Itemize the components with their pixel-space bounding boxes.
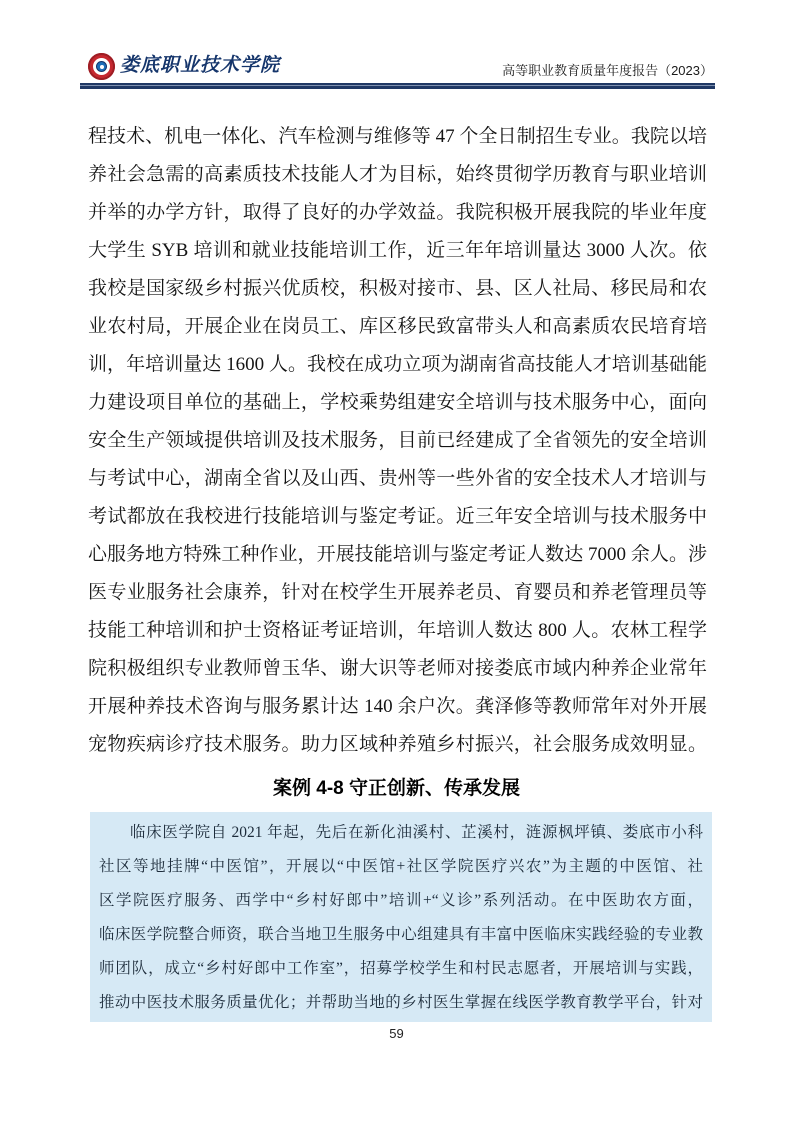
page-number: 59 xyxy=(0,1026,793,1041)
body-line: 院积极组织专业教师曾玉华、谢大识等老师对接娄底市域内种养企业常年 xyxy=(88,650,707,688)
header-left: 娄底职业技术学院 xyxy=(88,53,280,80)
case-heading: 案例 4-8 守正创新、传承发展 xyxy=(0,776,793,802)
school-name: 娄底职业技术学院 xyxy=(120,56,280,77)
body-line: 养社会急需的高素质技术技能人才为目标，始终贯彻学历教育与职业培训 xyxy=(88,156,707,194)
case-box: 临床医学院自 2021 年起，先后在新化油溪村、芷溪村，涟源枫坪镇、娄底市小科 … xyxy=(90,812,712,1022)
header-divider xyxy=(80,83,715,89)
body-line: 医专业服务社会康养，针对在校学生开展养老员、育婴员和养老管理员等 xyxy=(88,574,707,612)
body-line: 宠物疾病诊疗技术服务。助力区域种养殖乡村振兴，社会服务成效明显。 xyxy=(88,726,707,764)
body-line: 考试都放在我校进行技能培训与鉴定考证。近三年安全培训与技术服务中 xyxy=(88,498,707,536)
body-line: 大学生 SYB 培训和就业技能培训工作，近三年年培训量达 3000 人次。依托 xyxy=(88,232,707,270)
body-line: 业农村局，开展企业在岗员工、库区移民致富带头人和高素质农民培育培 xyxy=(88,308,707,346)
body-line: 并举的办学方针，取得了良好的办学效益。我院积极开展我院的毕业年度 xyxy=(88,194,707,232)
body-line: 安全生产领域提供培训及技术服务，目前已经建成了全省领先的安全培训 xyxy=(88,422,707,460)
report-title: 高等职业教育质量年度报告（2023） xyxy=(502,64,713,80)
document-page: 娄底职业技术学院 高等职业教育质量年度报告（2023） 程技术、机电一体化、汽车… xyxy=(0,0,793,1122)
body-line: 开展种养技术咨询与服务累计达 140 余户次。龚泽修等教师常年对外开展 xyxy=(88,688,707,726)
body-line: 与考试中心，湖南全省以及山西、贵州等一些外省的安全技术人才培训与 xyxy=(88,460,707,498)
body-line: 技能工种培训和护士资格证考证培训，年培训人数达 800 人。农林工程学 xyxy=(88,612,707,650)
case-box-line: 师团队，成立“乡村好郎中工作室”，招募学校学生和村民志愿者，开展培训与实践， xyxy=(99,952,703,986)
case-box-line: 社区等地挂牌“中医馆”，开展以“中医馆+社区学院医疗兴农”为主题的中医馆、社 xyxy=(99,850,703,884)
body-line: 心服务地方特殊工种作业，开展技能培训与鉴定考证人数达 7000 余人。涉 xyxy=(88,536,707,574)
body-line: 我校是国家级乡村振兴优质校，积极对接市、县、区人社局、移民局和农 xyxy=(88,270,707,308)
body-line: 训，年培训量达 1600 人。我校在成功立项为湖南省高技能人才培训基础能 xyxy=(88,346,707,384)
body-line: 程技术、机电一体化、汽车检测与维修等 47 个全日制招生专业。我院以培 xyxy=(88,118,707,156)
body-line: 力建设项目单位的基础上，学校乘势组建安全培训与技术服务中心，面向 xyxy=(88,384,707,422)
emblem-center-dot xyxy=(100,65,104,69)
case-box-line: 临床医学院自 2021 年起，先后在新化油溪村、芷溪村，涟源枫坪镇、娄底市小科 xyxy=(99,816,703,850)
school-emblem-icon xyxy=(88,53,115,80)
case-box-line: 临床医学院整合师资，联合当地卫生服务中心组建具有丰富中医临床实践经验的专业教 xyxy=(99,918,703,952)
page-header: 娄底职业技术学院 高等职业教育质量年度报告（2023） xyxy=(88,46,713,80)
case-box-line: 区学院医疗服务、西学中“乡村好郎中”培训+“义诊”系列活动。在中医助农方面， xyxy=(99,884,703,918)
body-paragraph: 程技术、机电一体化、汽车检测与维修等 47 个全日制招生专业。我院以培 养社会急… xyxy=(88,118,707,764)
case-box-line: 推动中医技术服务质量优化；并帮助当地的乡村医生掌握在线医学教育教学平台，针对 xyxy=(99,986,703,1020)
